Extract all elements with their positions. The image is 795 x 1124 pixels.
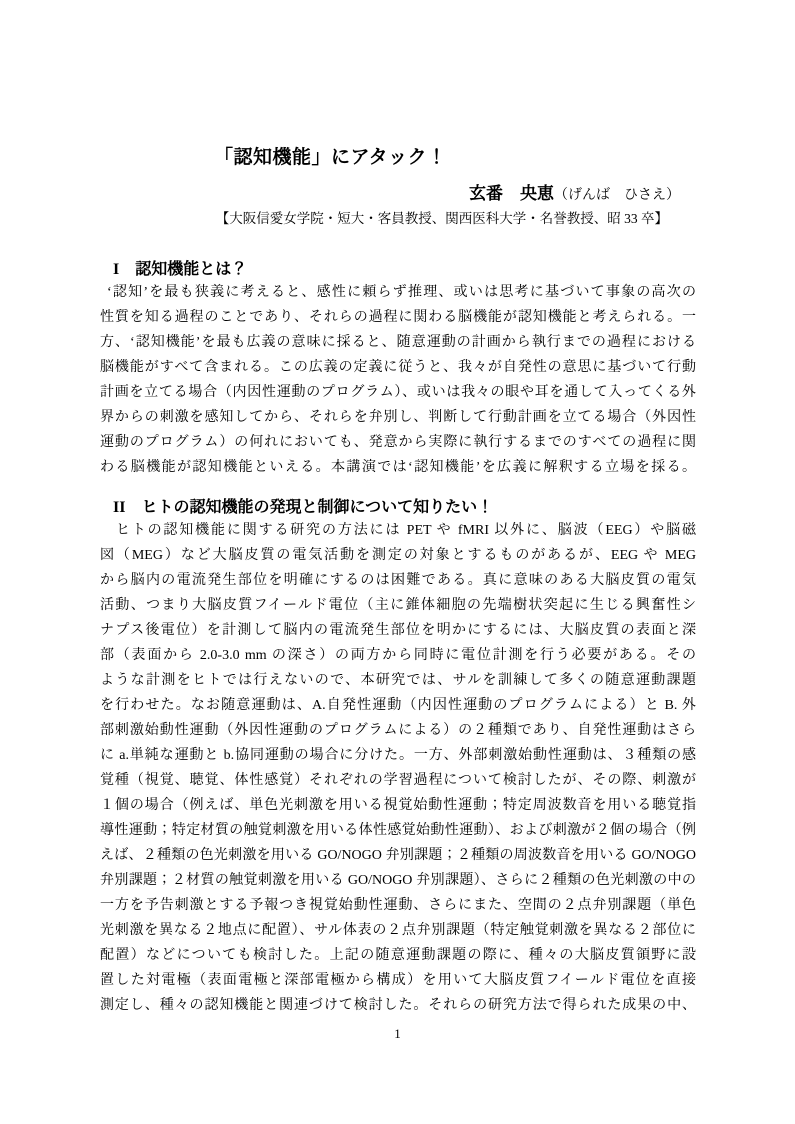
document-page: 「認知機能」にアタック！ 玄番 央恵（げんば ひさえ） 【大阪信愛女学院・短大・… (0, 0, 795, 1124)
page-number: 1 (0, 1026, 795, 1042)
body-line: に a.単純な運動と b.協同運動の場合に分けた。一方、外部刺激始動性運動は、３… (100, 743, 696, 768)
section-2-body: ヒトの認知機能に関する研究の方法には PET や fMRI 以外に、脳波（EEG… (100, 518, 696, 1018)
body-line: ヒトの認知機能に関する研究の方法には PET や fMRI 以外に、脳波（EEG… (100, 518, 696, 543)
body-line: 測定し、種々の認知機能と関連づけて検討した。それらの研究方法で得られた成果の中、 (100, 993, 696, 1018)
body-line: 界からの刺激を感知してから、それらを弁別し、判断して行動計画を立てる場合（外因性 (100, 405, 696, 430)
body-line: １個の場合（例えば、単色光刺激を用いる視覚始動性運動；特定周波数音を用いる聴覚指 (100, 793, 696, 818)
body-line: 部（表面から 2.0-3.0 mm の深さ）の両方から同時に電位計測を行う必要が… (100, 643, 696, 668)
body-line: 性質を知る過程のことであり、それらの過程に関わる脳機能が認知機能と考えられる。一 (100, 305, 696, 330)
body-line: 脳機能がすべて含まれる。この広義の定義に従うと、我々が自発性の意思に基づいて行動 (100, 355, 696, 380)
document-title: 「認知機能」にアタック！ (214, 142, 447, 169)
author-name: 玄番 央恵 (469, 184, 554, 203)
body-line: 弁別課題；２材質の触覚刺激を用いる GO/NOGO 弁別課題）、さらに２種類の色… (100, 868, 696, 893)
body-line: 運動のプログラム）の何れにおいても、発意から実際に執行するまでのすべての過程に関 (100, 430, 696, 455)
body-line: 一方を予告刺激とする予報つき視覚始動性運動、さらにまた、空間の２点弁別課題（単色 (100, 893, 696, 918)
body-line: ナプス後電位）を計測して脳内の電流発生部位を明かにするには、大脳皮質の表面と深 (100, 618, 696, 643)
body-line: 活動、つまり大脳皮質フイールド電位（主に錐体細胞の先端樹状突起に生じる興奮性シ (100, 593, 696, 618)
body-line: 図（MEG）など大脳皮質の電気活動を測定の対象とするものがあるが、EEG や M… (100, 543, 696, 568)
body-line: を行わせた。なお随意運動は、A.自発性運動（内因性運動のプログラムによる）と B… (100, 693, 696, 718)
body-line: わる脳機能が認知機能といえる。本講演では‘認知機能’を広義に解釈する立場を採る。 (100, 455, 696, 480)
body-line: から脳内の電流発生部位を明確にするのは困難である。真に意味のある大脳皮質の電気 (100, 568, 696, 593)
affiliation-line: 【大阪信愛女学院・短大・客員教授、関西医科大学・名誉教授、昭 33 卒】 (0, 207, 668, 227)
body-line: ‘認知’を最も狭義に考えると、感性に頼らず推理、或いは思考に基づいて事象の高次の (100, 280, 696, 305)
body-line: 計画を立てる場合（内因性運動のプログラム）、或いは我々の眼や耳を通して入ってくる… (100, 380, 696, 405)
body-line: ような計測をヒトでは行えないので、本研究では、サルを訓練して多くの随意運動課題 (100, 668, 696, 693)
section-1-body: ‘認知’を最も狭義に考えると、感性に頼らず推理、或いは思考に基づいて事象の高次の… (100, 280, 696, 480)
body-line: えば、２種類の色光刺激を用いる GO/NOGO 弁別課題；２種類の周波数音を用い… (100, 843, 696, 868)
section-2-heading: II ヒトの認知機能の発現と制御について知りたい！ (113, 494, 493, 517)
body-line: 光刺激を異なる２地点に配置）、サル体表の２点弁別課題（特定触覚刺激を異なる２部位… (100, 918, 696, 943)
author-kana: （げんば ひさえ） (554, 188, 680, 203)
body-line: 置した対電極（表面電極と深部電極から構成）を用いて大脳皮質フイールド電位を直接 (100, 968, 696, 993)
body-line: 部刺激始動性運動（外因性運動のプログラムによる）の２種類であり、自発性運動はさら (100, 718, 696, 743)
body-line: 方、‘認知機能’を最も広義の意味に採ると、随意運動の計画から執行までの過程におけ… (100, 330, 696, 355)
body-line: 覚種（視覚、聴覚、体性感覚）それぞれの学習過程について検討したが、その際、刺激が (100, 768, 696, 793)
body-line: 導性運動；特定材質の触覚刺激を用いる体性感覚始動性運動）、および刺激が２個の場合… (100, 818, 696, 843)
body-line: 配置）などについても検討した。上記の随意運動課題の際に、種々の大脳皮質領野に設 (100, 943, 696, 968)
author-line: 玄番 央恵（げんば ひさえ） (0, 179, 680, 204)
section-1-heading: I 認知機能とは？ (113, 256, 247, 279)
